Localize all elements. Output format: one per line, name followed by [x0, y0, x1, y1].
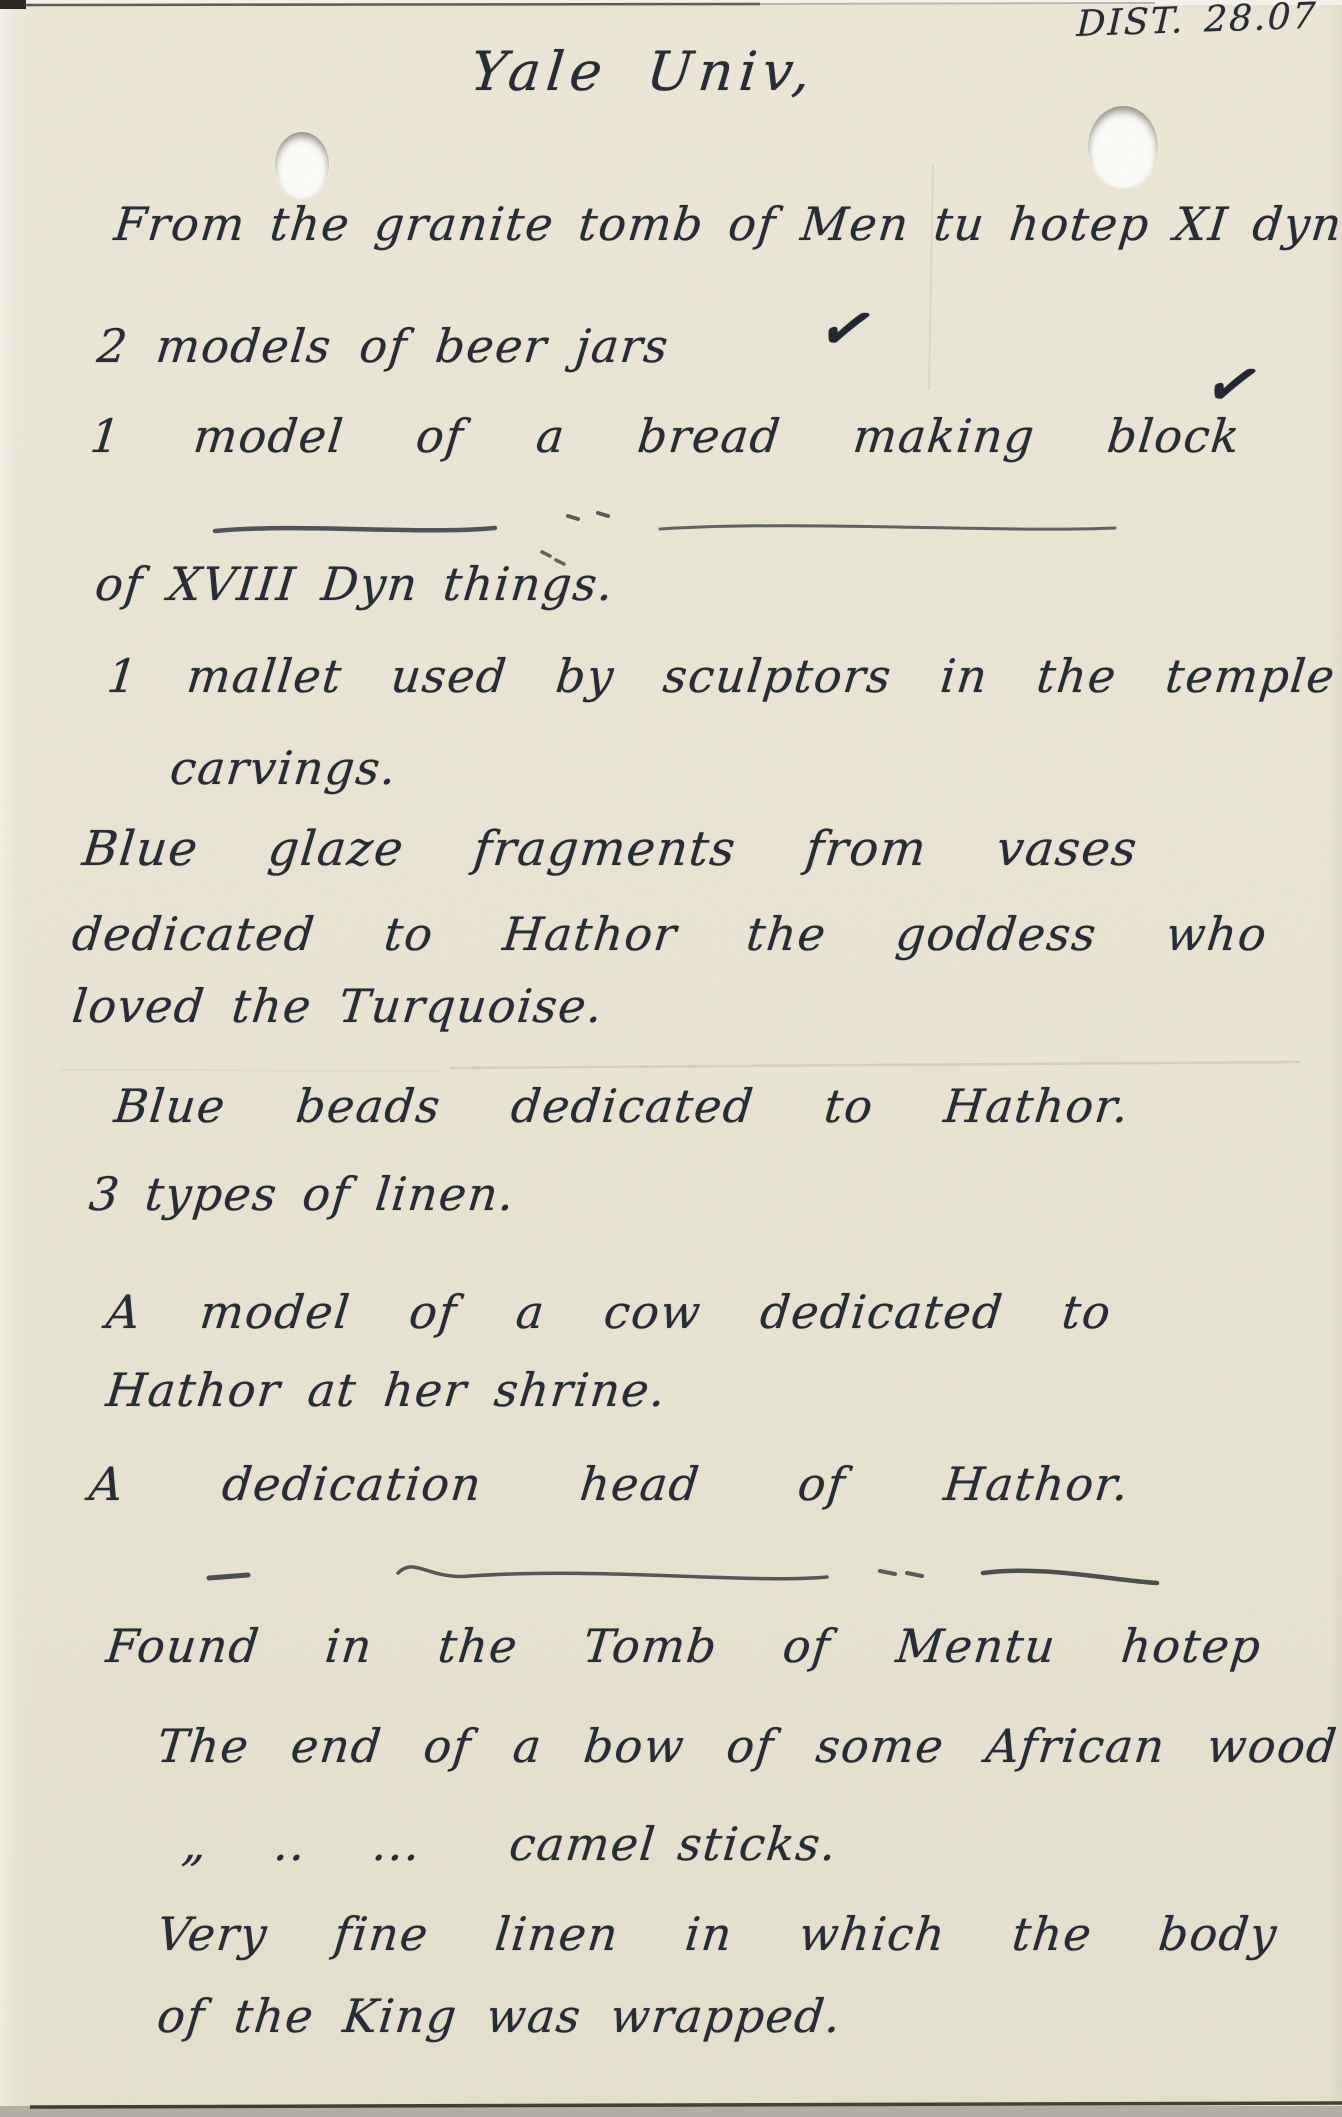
handwritten-line-blue-glaze: Blue glaze fragments from vases: [80, 824, 1140, 874]
scanned-document-page: { "doc": { "catalog_number": "DIST. 28.0…: [0, 0, 1342, 2117]
handwritten-line-turquoise: loved the Turquoise.: [70, 982, 606, 1030]
punch-hole-right: [1088, 106, 1158, 188]
catalog-number: DIST. 28.07: [1076, 0, 1318, 44]
handwritten-line-blue-beads: Blue beads dedicated to Hathor.: [112, 1082, 1132, 1130]
handwritten-line-dedicated: dedicated to Hathor the goddess who: [70, 910, 1270, 958]
handwritten-line-xviii-dyn: of XVIII Dyn things.: [93, 560, 617, 608]
handwritten-line-source: From the granite tomb of Men tu hotep XI…: [112, 200, 1342, 248]
handwritten-line-bow: The end of a bow of some African wood: [155, 1722, 1340, 1770]
handwritten-line-linen-types: 3 types of linen.: [87, 1170, 518, 1218]
handwritten-line-fine-linen: Very fine linen in which the body: [155, 1910, 1280, 1958]
handwritten-line-cow-model: A model of a cow dedicated to: [104, 1288, 1114, 1336]
handwritten-line-beer-jars: 2 models of beer jars: [95, 322, 672, 370]
handwritten-line-shrine: Hathor at her shrine.: [104, 1366, 669, 1414]
page-title: Yale Univ,: [468, 44, 819, 101]
handwritten-line-hathor-head: A dedication head of Hathor.: [87, 1460, 1132, 1508]
handwritten-line-found-in-tomb: Found in the Tomb of Mentu hotep: [104, 1622, 1264, 1670]
punch-hole-left: [275, 132, 329, 198]
handwritten-line-mallet: 1 mallet used by sculptors in the temple: [105, 652, 1338, 700]
handwritten-line-king-wrapped: of the King was wrapped.: [155, 1992, 844, 2040]
handwritten-line-bread-block: 1 model of a bread making block: [88, 412, 1243, 460]
scan-corner-artifact: [0, 0, 26, 9]
handwritten-line-carvings: carvings.: [168, 744, 400, 792]
handwritten-line-camel-sticks: „ .. ... camel sticks.: [180, 1820, 840, 1868]
